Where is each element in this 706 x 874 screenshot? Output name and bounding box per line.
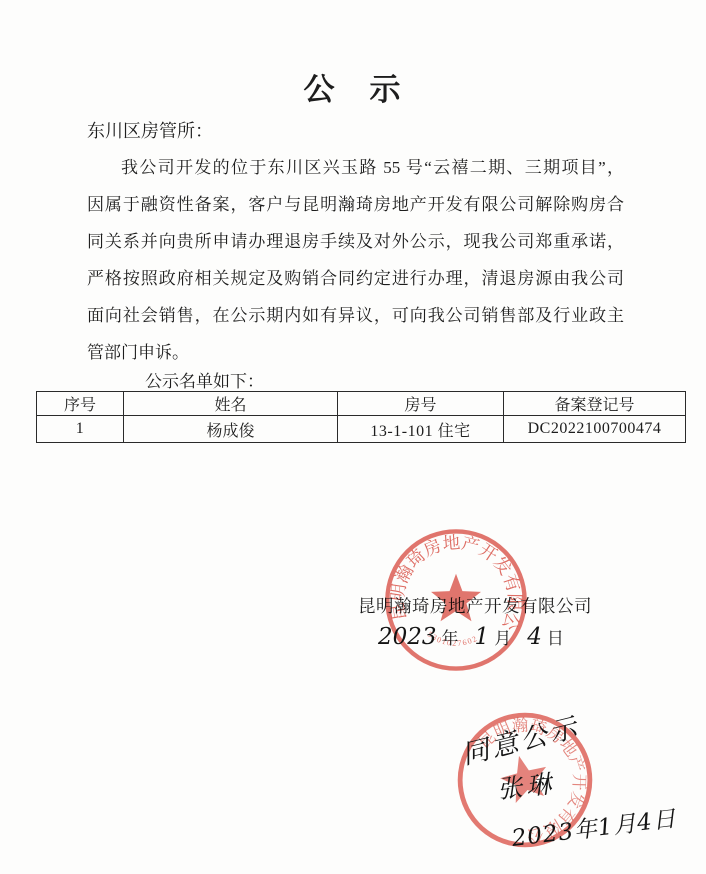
body-line: 面向社会销售，在公示期内如有异议，可向我公司销售部及行业政主 (87, 303, 624, 340)
header-name: 姓名 (124, 392, 338, 416)
table-row: 1 杨成俊 13-1-101 住宅 DC2022100700474 (37, 416, 686, 443)
handwritten-signature: 张琳 (495, 764, 556, 806)
salutation: 东川区房管所： (87, 117, 213, 143)
table-header-row: 序号 姓名 房号 备案登记号 (37, 392, 686, 416)
notice-document-page: 公 示 东川区房管所： 我公司开发的位于东川区兴玉路 55 号“云禧二期、三期项… (0, 0, 706, 874)
company-seal-graphic: 昆明瀚琦房地产开发有限公司 5301027602 (383, 527, 529, 673)
cell-serial: 1 (37, 416, 124, 443)
star-icon (431, 574, 481, 622)
company-seal-stamp: 昆明瀚琦房地产开发有限公司 5301027602 (383, 527, 529, 673)
list-intro: 公示名单如下： (145, 367, 264, 392)
date-month-handwritten: 1 (475, 624, 490, 650)
cell-name: 杨成俊 (124, 416, 338, 443)
body-line: 同关系并向贵所申请办理退房手续及对外公示，现我公司郑重承诺， (87, 229, 624, 266)
cell-registration: DC2022100700474 (504, 416, 686, 443)
date-year-handwritten: 2023 (378, 624, 437, 650)
body-line: 我公司开发的位于东川区兴玉路 55 号“云禧二期、三期项目”， (87, 155, 624, 192)
header-serial: 序号 (37, 392, 124, 416)
date-month-label: 月 (494, 629, 511, 648)
header-registration: 备案登记号 (504, 392, 686, 416)
public-notice-table: 序号 姓名 房号 备案登记号 1 杨成俊 13-1-101 住宅 DC20221… (36, 391, 686, 443)
body-paragraph: 我公司开发的位于东川区兴玉路 55 号“云禧二期、三期项目”， 因属于融资性备案… (87, 155, 624, 377)
date-day-label: 日 (547, 629, 564, 648)
date-day-handwritten: 4 (527, 624, 542, 650)
body-line: 严格按照政府相关规定及购销合同约定进行办理，清退房源由我公司 (87, 266, 624, 303)
page-title: 公 示 (0, 64, 706, 109)
header-room: 房号 (338, 392, 504, 416)
body-line: 因属于融资性备案，客户与昆明瀚琦房地产开发有限公司解除购房合 (87, 192, 624, 229)
signature-date: 2023年1月4日 (378, 624, 570, 650)
cell-room: 13-1-101 住宅 (338, 416, 504, 443)
date-year-label: 年 (442, 629, 459, 648)
